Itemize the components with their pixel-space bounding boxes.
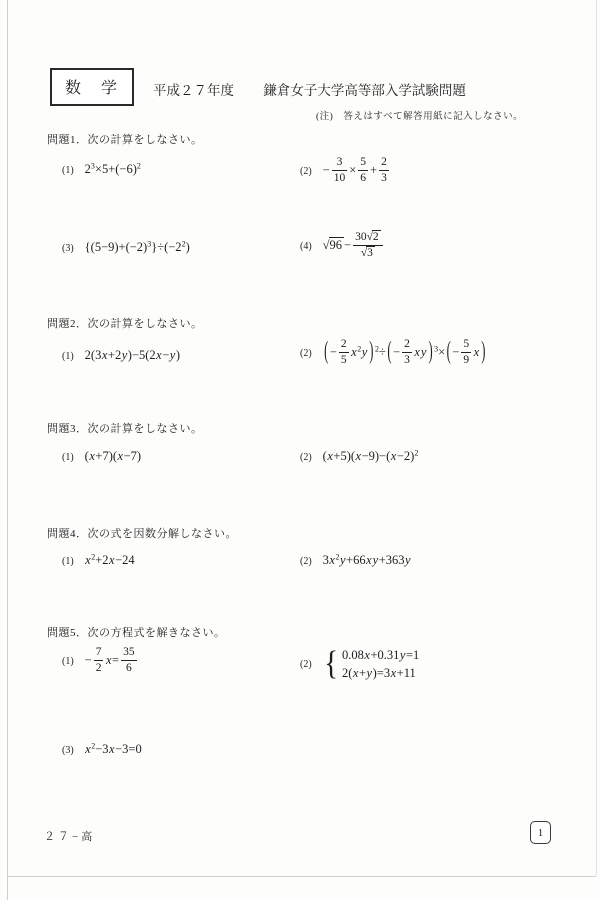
scan-edge [7,876,596,877]
problem-5-heading: 問題5．次の方程式を解きなさい。 [47,624,226,640]
problem-2-item-2: (2)(−25x2y)2÷(−23xy)3×(−59x) [300,340,487,367]
problem-3-item-1: (1)(x+7)(x−7) [62,447,141,465]
exam-title: 鎌倉女子大学高等部入学試験問題 [263,83,466,98]
item-formula: x2+2x−24 [85,553,135,567]
item-number: (2) [300,452,312,463]
item-number: (1) [62,452,74,463]
item-number: (2) [300,659,312,670]
problem-4-heading: 問題4．次の式を因数分解しなさい。 [47,525,237,541]
item-number: (2) [300,556,312,567]
item-formula: −310×56+23 [323,163,391,177]
item-number: (1) [62,656,74,667]
problem-1-item-4: (4)√96−30√2√3 [300,233,385,260]
item-formula: 23×5+(−6)2 [85,162,141,176]
problem-4-item-2: (2)3x2y+66xy+363y [300,551,411,569]
exam-year: 平成２７年度 [153,83,234,98]
problem-4-item-1: (1)x2+2x−24 [62,551,135,569]
item-formula: −72x=356 [85,653,139,667]
item-number: (2) [300,348,312,359]
item-formula: (x+5)(x−9)−(x−2)2 [323,449,419,463]
exam-page: 数 学 平成２７年度 鎌倉女子大学高等部入学試験問題 (注) 答えはすべて解答用… [0,0,600,900]
item-number: (1) [62,165,74,176]
item-number: (3) [62,745,74,756]
page-number: 1 [538,827,544,839]
problem-2-item-1: (1)2(3x+2y)−5(2x−y) [62,346,180,364]
subject-box: 数 学 [50,68,134,106]
scan-edge [596,0,597,876]
problem-3-item-2: (2)(x+5)(x−9)−(x−2)2 [300,447,418,465]
item-number: (4) [300,241,312,252]
item-number: (1) [62,351,74,362]
item-formula: {(5−9)+(−2)3}÷(−22) [85,240,190,254]
item-formula: 3x2y+66xy+363y [323,553,411,567]
problem-1-item-3: (3){(5−9)+(−2)3}÷(−22) [62,238,190,256]
problem-1-heading: 問題1．次の計算をしなさい。 [47,131,203,147]
item-formula: 2(3x+2y)−5(2x−y) [85,348,180,362]
problem-5-item-2: (2){0.08x+0.31y=12(x+y)=3x+11 [300,648,419,681]
footer-doc-code: ２７−高 [44,828,95,844]
exam-header-line: 平成２７年度 鎌倉女子大学高等部入学試験問題 [153,79,466,99]
problem-5-item-3: (3)x2−3x−3=0 [62,740,142,758]
problem-1-item-1: (1)23×5+(−6)2 [62,160,141,178]
problem-1-item-2: (2)−310×56+23 [300,158,391,185]
answer-note: (注) 答えはすべて解答用紙に記入しなさい。 [316,108,523,122]
item-formula: (−25x2y)2÷(−23xy)3×(−59x) [323,345,487,359]
scan-edge [7,0,8,900]
item-number: (3) [62,243,74,254]
page-number-box: 1 [530,821,551,844]
item-formula: x2−3x−3=0 [85,742,142,756]
item-formula: {0.08x+0.31y=12(x+y)=3x+11 [323,656,420,670]
item-formula: √96−30√2√3 [323,238,385,252]
item-number: (1) [62,556,74,567]
problem-5-item-1: (1)−72x=356 [62,648,139,675]
item-formula: (x+7)(x−7) [85,449,141,463]
item-number: (2) [300,166,312,177]
problem-3-heading: 問題3．次の計算をしなさい。 [47,420,203,436]
problem-2-heading: 問題2．次の計算をしなさい。 [47,315,203,331]
